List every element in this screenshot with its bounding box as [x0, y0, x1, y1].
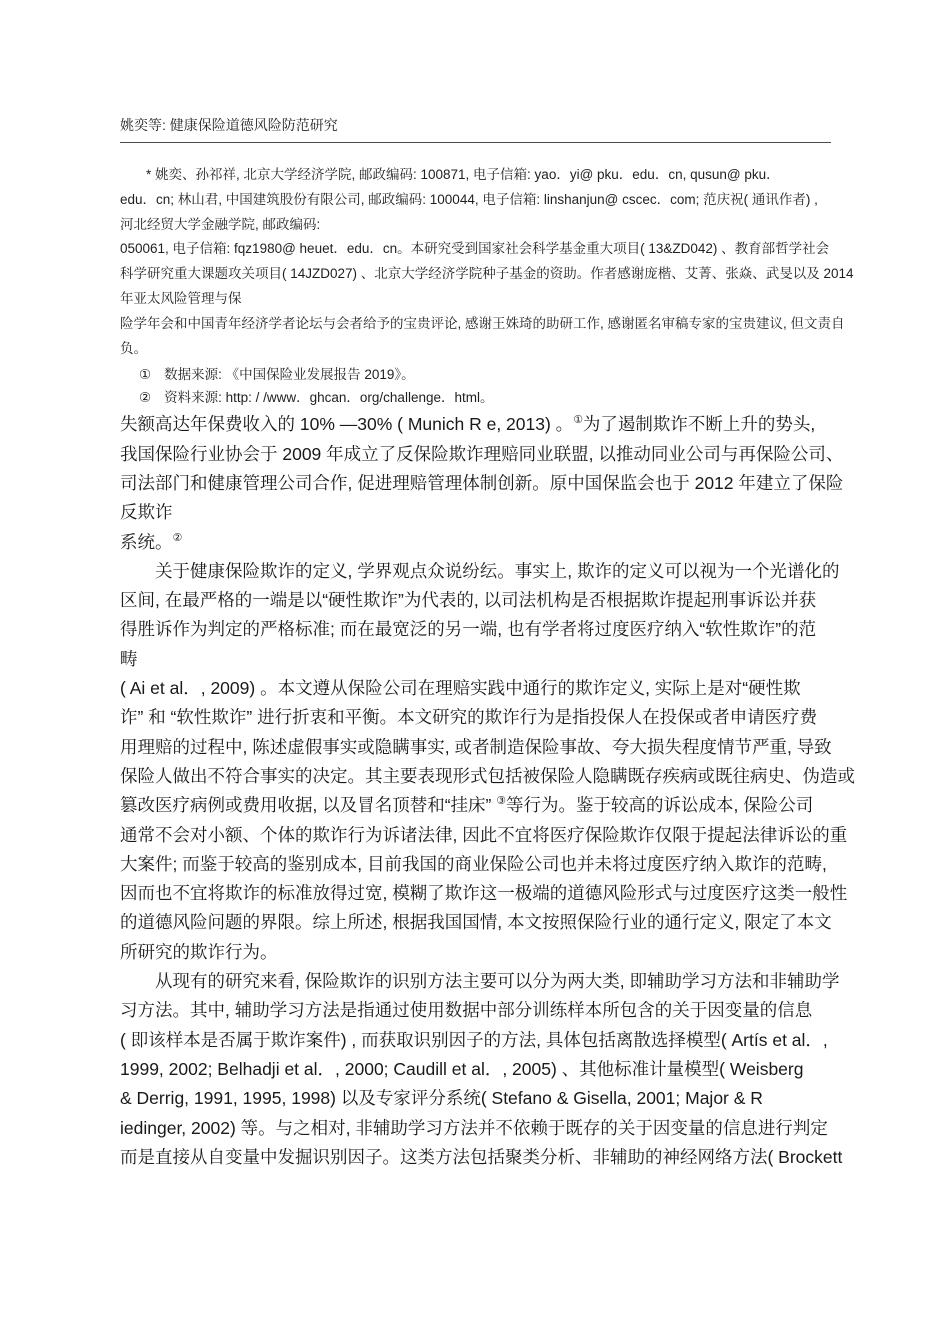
header-divider: [120, 142, 831, 143]
body-line: 1999, 2002; Belhadji et al．, 2000; Caudi…: [120, 1055, 834, 1084]
body-text: 失额高达年保费收入的 10% —30% ( Munich R e, 2013) …: [120, 410, 834, 1172]
footnote-line: 河北经贸大学金融学院, 邮政编码:: [120, 213, 834, 238]
footnote-line: edu．cn; 林山君, 中国建筑股份有限公司, 邮政编码: 100044, 电…: [120, 188, 834, 213]
body-line: 从现有的研究来看, 保险欺诈的识别方法主要可以分为两大类, 即辅助学习方法和非辅…: [120, 967, 834, 996]
footnote-ref-superscript: ③: [496, 795, 506, 807]
body-line: 得胜诉作为判定的严格标准; 而在最宽泛的另一端, 也有学者将过度医疗纳入“软性欺…: [120, 615, 834, 644]
body-line: 的道德风险问题的界限。综上所述, 根据我国国情, 本文按照保险行业的通行定义, …: [120, 908, 834, 937]
body-line: 用理赔的过程中, 陈述虚假事实或隐瞒事实, 或者制造保险事故、夸大损失程度情节严…: [120, 733, 834, 762]
endnote-text: 数据来源: 《中国保险业发展报告 2019》。: [164, 367, 415, 382]
footnote-line: 险学年会和中国青年经济学者论坛与会者给予的宝贵评论, 感谢王姝琦的助研工作, 感…: [120, 312, 834, 337]
body-line: 畴: [120, 645, 834, 674]
endnote-text: 资料来源: http: / /www．ghcan．org/challenge．h…: [164, 390, 493, 405]
body-line: 区间, 在最严格的一端是以“硬性欺诈”为代表的, 以司法机构是否根据欺诈提起刑事…: [120, 586, 834, 615]
body-line: 诈” 和 “软性欺诈” 进行折衷和平衡。本文研究的欺诈行为是指投保人在投保或者申…: [120, 703, 834, 732]
body-line: 篡改医疗病例或费用收据, 以及冒名顶替和“挂床” ③等行为。鉴于较高的诉讼成本,…: [120, 791, 834, 820]
footnote-ref-superscript: ①: [573, 415, 583, 427]
body-line: 大案件; 而鉴于较高的鉴别成本, 目前我国的商业保险公司也并未将过度医疗纳入欺诈…: [120, 850, 834, 879]
body-line: & Derrig, 1991, 1995, 1998) 以及专家评分系统( St…: [120, 1084, 834, 1113]
body-line: 而是直接从自变量中发掘识别因子。这类方法包括聚类分析、非辅助的神经网络方法( B…: [120, 1143, 834, 1172]
body-line: 司法部门和健康管理公司合作, 促进理赔管理体制创新。原中国保监会也于 2012 …: [120, 469, 834, 498]
footnote-line: 050061, 电子信箱: fqz1980@ heuet．edu．cn。本研究受…: [120, 237, 834, 262]
footnote-line: 科学研究重大课题攻关项目( 14JZD027) 、北京大学经济学院种子基金的资助…: [120, 262, 834, 287]
document-page: 姚奕等: 健康保险道德风险防范研究 * 姚奕、孙祁祥, 北京大学经济学院, 邮政…: [120, 0, 834, 1172]
body-line: 系统。②: [120, 528, 834, 557]
endnote-item: ①数据来源: 《中国保险业发展报告 2019》。: [120, 363, 834, 386]
body-line: 失额高达年保费收入的 10% —30% ( Munich R e, 2013) …: [120, 410, 834, 439]
footnote-ref-superscript: ②: [173, 532, 183, 544]
endnotes: ①数据来源: 《中国保险业发展报告 2019》。 ②资料来源: http: / …: [120, 363, 834, 409]
body-line: ( 即该样本是否属于欺诈案件) , 而获取识别因子的方法, 具体包括离散选择模型…: [120, 1026, 834, 1055]
author-footnote: * 姚奕、孙祁祥, 北京大学经济学院, 邮政编码: 100871, 电子信箱: …: [120, 163, 834, 361]
endnote-marker: ①: [139, 367, 151, 382]
body-line: 通常不会对小额、个体的欺诈行为诉诸法律, 因此不宜将医疗保险欺诈仅限于提起法律诉…: [120, 821, 834, 850]
body-line: iedinger, 2002) 等。与之相对, 非辅助学习方法并不依赖于既存的关…: [120, 1114, 834, 1143]
body-line: ( Ai et al．, 2009) 。本文遵从保险公司在理赔实践中通行的欺诈定…: [120, 674, 834, 703]
body-line: 保险人做出不符合事实的决定。其主要表现形式包括被保险人隐瞒既存疾病或既往病史、伪…: [120, 762, 834, 791]
footnote-line: 负。: [120, 337, 834, 362]
body-line: 关于健康保险欺诈的定义, 学界观点众说纷纭。事实上, 欺诈的定义可以视为一个光谱…: [120, 557, 834, 586]
endnote-marker: ②: [139, 390, 151, 405]
body-line: 习方法。其中, 辅助学习方法是指通过使用数据中部分训练样本所包含的关于因变量的信…: [120, 996, 834, 1025]
body-line: 我国保险行业协会于 2009 年成立了反保险欺诈理赔同业联盟, 以推动同业公司与…: [120, 440, 834, 469]
body-line: 因而也不宜将欺诈的标准放得过宽, 模糊了欺诈这一极端的道德风险形式与过度医疗这类…: [120, 879, 834, 908]
body-line: 反欺诈: [120, 498, 834, 527]
body-line: 所研究的欺诈行为。: [120, 938, 834, 967]
footnote-line: * 姚奕、孙祁祥, 北京大学经济学院, 邮政编码: 100871, 电子信箱: …: [120, 163, 834, 188]
endnote-item: ②资料来源: http: / /www．ghcan．org/challenge．…: [120, 386, 834, 409]
running-header: 姚奕等: 健康保险道德风险防范研究: [120, 117, 834, 133]
footnote-line: 年亚太风险管理与保: [120, 287, 834, 312]
